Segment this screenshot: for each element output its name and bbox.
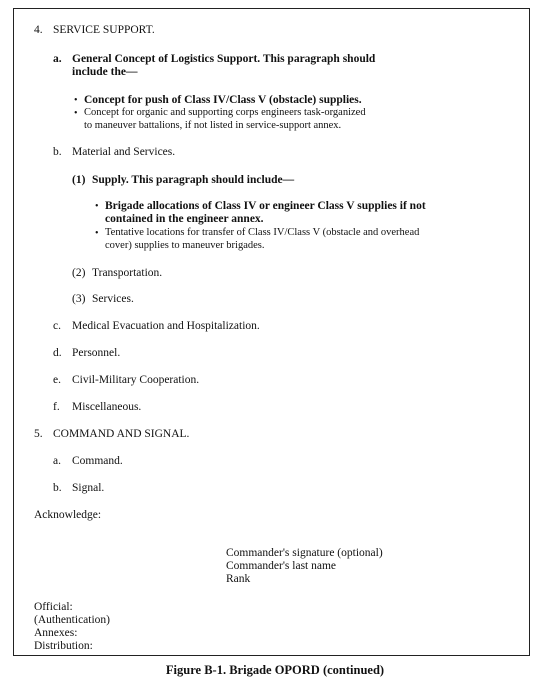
official-label: Official: [34, 600, 73, 614]
bullet-icon: • [74, 95, 78, 106]
bullet-text: Tentative locations for transfer of Clas… [105, 226, 419, 240]
subpara-label: (2) [72, 266, 85, 280]
para-label: b. [53, 481, 62, 495]
section-title: COMMAND AND SIGNAL. [53, 427, 189, 441]
subpara-heading: Services. [92, 292, 134, 306]
subpara-heading: Transportation. [92, 266, 162, 280]
figure-caption: Figure B-1. Brigade OPORD (continued) [0, 663, 550, 678]
para-heading-cont: include the— [72, 65, 138, 79]
para-label: d. [53, 346, 62, 360]
subpara-heading: Supply. This paragraph should include— [92, 173, 294, 187]
para-heading: Material and Services. [72, 145, 175, 159]
bullet-icon: • [95, 228, 99, 239]
bullet-text-cont: contained in the engineer annex. [105, 212, 264, 226]
section-title: SERVICE SUPPORT. [53, 23, 155, 37]
bullet-icon: • [95, 201, 99, 212]
section-number: 4. [34, 23, 43, 37]
authentication-label: (Authentication) [34, 613, 110, 627]
signature-rank: Rank [226, 572, 250, 586]
para-label: f. [53, 400, 60, 414]
signature-name: Commander's last name [226, 559, 336, 573]
para-label: a. [53, 454, 61, 468]
signature-line: Commander's signature (optional) [226, 546, 383, 560]
acknowledge-label: Acknowledge: [34, 508, 101, 522]
bullet-text: Brigade allocations of Class IV or engin… [105, 199, 426, 213]
subpara-label: (1) [72, 173, 85, 187]
bullet-text-cont: cover) supplies to maneuver brigades. [105, 239, 265, 253]
section-number: 5. [34, 427, 43, 441]
para-heading: Civil-Military Cooperation. [72, 373, 199, 387]
bullet-text: Concept for push of Class IV/Class V (ob… [84, 93, 362, 107]
para-heading: Miscellaneous. [72, 400, 141, 414]
para-label: a. [53, 52, 62, 66]
bullet-icon: • [74, 108, 78, 119]
para-heading: General Concept of Logistics Support. Th… [72, 52, 375, 66]
bullet-text: Concept for organic and supporting corps… [84, 106, 366, 120]
para-heading: Medical Evacuation and Hospitalization. [72, 319, 260, 333]
para-heading: Personnel. [72, 346, 120, 360]
para-label: e. [53, 373, 61, 387]
para-label: c. [53, 319, 61, 333]
annexes-label: Annexes: [34, 626, 77, 640]
para-heading: Command. [72, 454, 123, 468]
para-heading: Signal. [72, 481, 104, 495]
bullet-text-cont: to maneuver battalions, if not listed in… [84, 119, 341, 133]
para-label: b. [53, 145, 62, 159]
subpara-label: (3) [72, 292, 85, 306]
distribution-label: Distribution: [34, 639, 93, 653]
